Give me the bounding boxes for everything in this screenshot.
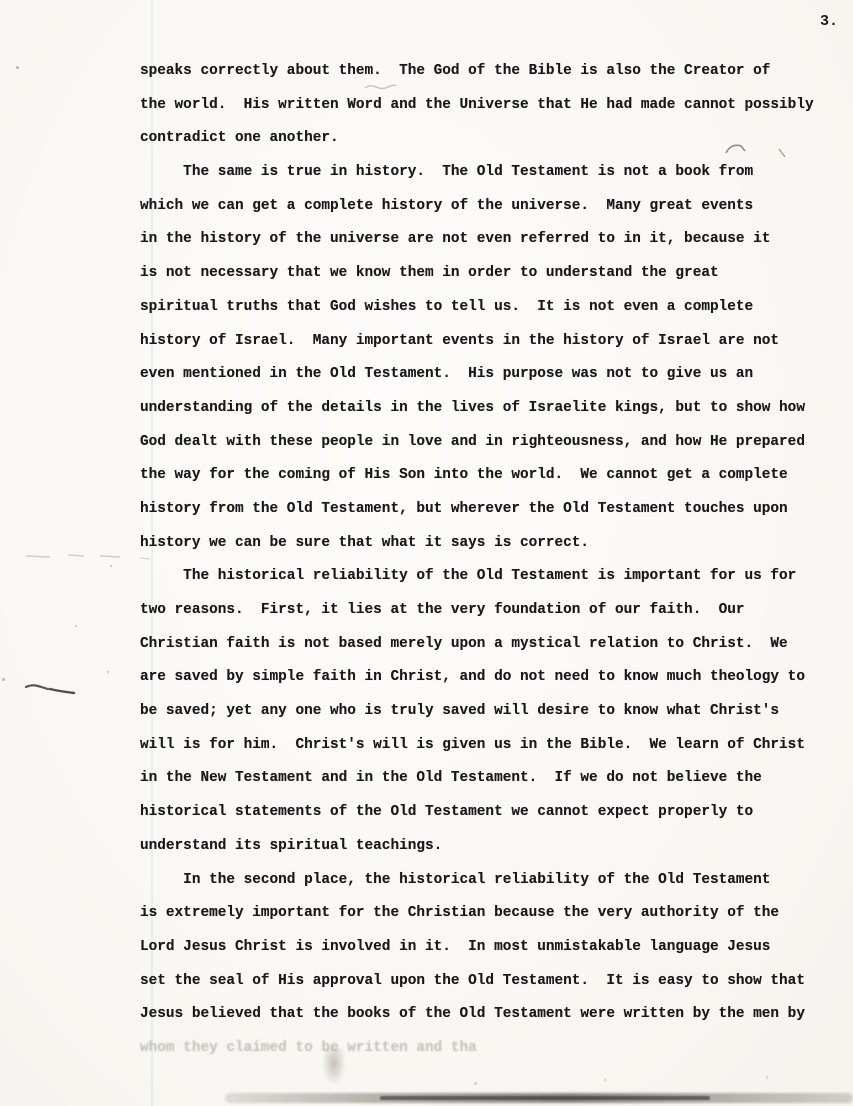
text-line: The same is true in history. The Old Tes… (140, 156, 840, 190)
text-line: which we can get a complete history of t… (140, 190, 840, 224)
ink-speck-artifact (604, 1078, 606, 1082)
text-line: Lord Jesus Christ is involved in it. In … (140, 931, 840, 965)
text-line: historical statements of the Old Testame… (140, 796, 840, 830)
text-line: two reasons. First, it lies at the very … (140, 594, 840, 628)
text-line: speaks correctly about them. The God of … (140, 55, 840, 89)
text-line: set the seal of His approval upon the Ol… (140, 965, 840, 999)
text-line: in the history of the universe are not e… (140, 223, 840, 257)
text-line: in the New Testament and in the Old Test… (140, 762, 840, 796)
text-line: history of Israel. Many important events… (140, 325, 840, 359)
text-line: will is for him. Christ's will is given … (140, 729, 840, 763)
document-text-body: speaks correctly about them. The God of … (140, 55, 840, 1066)
faded-text-line: whom they claimed to be written and tha (140, 1032, 840, 1066)
text-line: is extremely important for the Christian… (140, 897, 840, 931)
text-line: even mentioned in the Old Testament. His… (140, 358, 840, 392)
text-line: understand its spiritual teachings. (140, 830, 840, 864)
ink-speck-artifact (2, 678, 5, 681)
text-line: are saved by simple faith in Christ, and… (140, 661, 840, 695)
text-line: history from the Old Testament, but wher… (140, 493, 840, 527)
text-line: understanding of the details in the live… (140, 392, 840, 426)
text-line: The historical reliability of the Old Te… (140, 560, 840, 594)
text-line: spiritual truths that God wishes to tell… (140, 291, 840, 325)
page-number: 3. (820, 13, 838, 30)
ink-speck-artifact (107, 671, 109, 673)
scan-edge-streak-core-artifact (380, 1096, 710, 1100)
text-line: be saved; yet any one who is truly saved… (140, 695, 840, 729)
scanned-document-page: 3. speaks correctly about them. The God … (0, 0, 853, 1106)
text-line: contradict one another. (140, 122, 840, 156)
text-line: Christian faith is not based merely upon… (140, 628, 840, 662)
text-line: God dealt with these people in love and … (140, 426, 840, 460)
text-line: is not necessary that we know them in or… (140, 257, 840, 291)
smudge-artifact (322, 1048, 346, 1086)
pencil-swoosh-artifact (24, 678, 84, 700)
text-line: the world. His written Word and the Univ… (140, 89, 840, 123)
ink-speck-artifact (474, 1082, 477, 1085)
ink-speck-artifact (16, 66, 19, 69)
text-line: the way for the coming of His Son into t… (140, 459, 840, 493)
ink-speck-artifact (110, 565, 112, 567)
text-line: In the second place, the historical reli… (140, 864, 840, 898)
ink-speck-artifact (766, 1076, 768, 1079)
text-line: history we can be sure that what it says… (140, 527, 840, 561)
text-line: Jesus believed that the books of the Old… (140, 998, 840, 1032)
ink-speck-artifact (75, 625, 77, 627)
